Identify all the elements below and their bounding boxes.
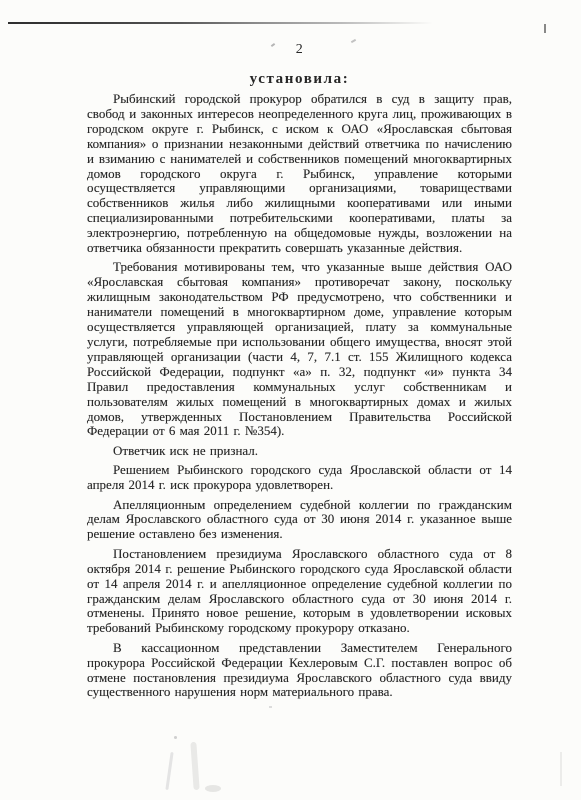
paragraph-claim-grounds: Требования мотивированы тем, что указанн… — [87, 260, 512, 439]
scan-artifact-speck — [174, 736, 177, 739]
document-body: Рыбинский городской прокурор обратился в… — [87, 92, 512, 705]
paragraph-presidium-ruling: Постановлением президиума Ярославского о… — [87, 547, 512, 636]
scan-artifact-smudge — [205, 785, 221, 792]
scan-artifact-smudge — [560, 752, 562, 786]
scan-artifact-right-dash — [544, 24, 546, 33]
paragraph-claim: Рыбинский городской прокурор обратился в… — [87, 92, 512, 256]
document-heading: установила: — [87, 71, 512, 88]
scan-artifact-top-line — [8, 22, 433, 24]
scanned-court-document-page: 2 установила: Рыбинский городской прокур… — [0, 0, 581, 800]
scan-artifact-smudge — [165, 752, 173, 790]
scan-artifact-speck — [269, 706, 272, 708]
paragraph-cassation-submission: В кассационном представлении Заместителе… — [87, 641, 512, 701]
paragraph-defendant-position: Ответчик иск не признал. — [87, 444, 512, 459]
paragraph-first-instance: Решением Рыбинского городского суда Ярос… — [87, 463, 512, 493]
scan-artifact-smudge — [190, 742, 199, 790]
page-number: 2 — [87, 42, 512, 58]
paragraph-appeal-ruling: Апелляционным определением судебной колл… — [87, 498, 512, 543]
